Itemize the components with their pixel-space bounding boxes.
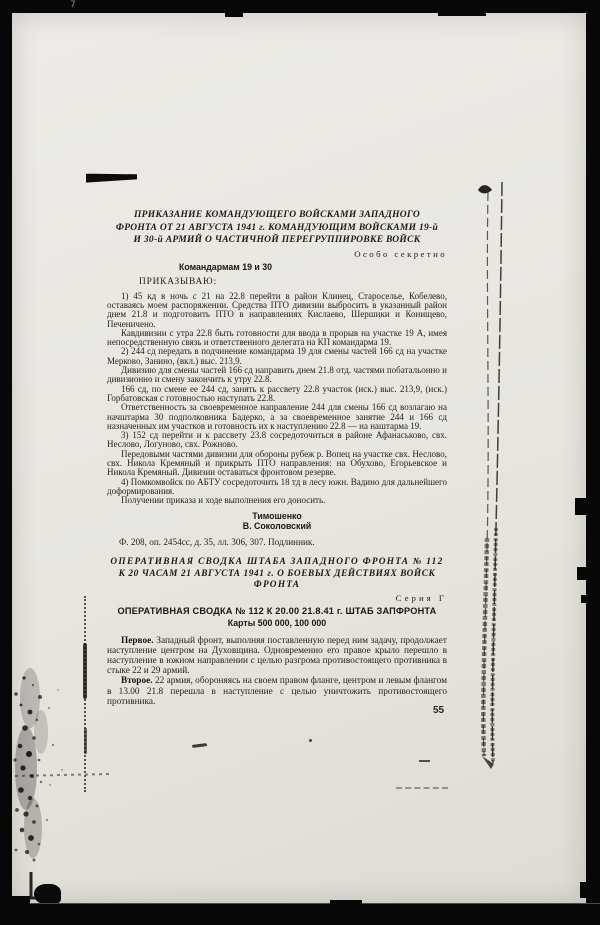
scan-edge-bottom	[0, 903, 600, 925]
speck-artifact	[419, 760, 430, 762]
order-title: ПРИКАЗАНИЕ КОМАНДУЮЩЕГО ВОЙСКАМИ ЗАПАДНО…	[107, 209, 447, 247]
signature-name: В. Соколовский	[107, 521, 447, 532]
archive-reference: Ф. 208, оп. 2454сс, д. 35, лл. 306, 307.…	[107, 538, 447, 547]
order-paragraph: Кавдивизии с утра 22.8 быть готовности д…	[107, 329, 447, 348]
fold-crease-artifact	[468, 178, 516, 773]
order-body: 1) 45 кд в ночь с 21 на 22.8 перейти в р…	[107, 292, 447, 506]
scan-edge-notch	[330, 900, 362, 904]
report-paragraph: Первое. Западный фронт, выполняя поставл…	[107, 636, 447, 677]
scan-edge-notch	[577, 567, 589, 580]
order-title-line: ПРИКАЗАНИЕ КОМАНДУЮЩЕГО ВОЙСКАМИ ЗАПАДНО…	[107, 209, 447, 222]
report-body: Первое. Западный фронт, выполняя поставл…	[107, 636, 447, 707]
scan-edge-notch	[438, 13, 486, 16]
scan-edge-notch	[575, 498, 589, 515]
scratch-blob-artifact	[83, 643, 87, 699]
scanned-document-page: ПРИКАЗАНИЕ КОМАНДУЮЩЕГО ВОЙСКАМИ ЗАПАДНО…	[0, 0, 600, 925]
directive-word: ПРИКАЗЫВАЮ:	[139, 278, 447, 287]
order-title-line: И 30-й АРМИЙ О ЧАСТИЧНОЙ ПЕРЕГРУППИРОВКЕ…	[107, 234, 447, 247]
scan-edge-left	[0, 0, 12, 925]
scan-edge-notch	[225, 13, 243, 17]
scratch-blob-artifact	[84, 728, 87, 754]
maps-line: Карты 500 000, 100 000	[107, 619, 447, 628]
paragraph-text: 22 армия, обороняясь на своем правом фла…	[107, 676, 447, 706]
report-title-line: К 20 ЧАСАМ 21 АВГУСТА 1941 г. О БОЕВЫХ Д…	[107, 569, 447, 581]
order-title-line: ФРОНТА ОТ 21 АВГУСТА 1941 г. КОМАНДУЮЩИМ…	[107, 222, 447, 235]
order-paragraph: Получении приказа и ходе выполнения его …	[107, 496, 447, 505]
paragraph-text: Западный фронт, выполняя поставленную пе…	[107, 636, 447, 677]
scan-edge-top	[0, 0, 600, 13]
paragraph-lead: Первое.	[121, 636, 154, 646]
page-number: 55	[433, 705, 444, 716]
order-paragraph: Дивизию для смены частей 166 сд направит…	[107, 366, 447, 385]
order-paragraph: 3) 152 сд перейти и к рассвету 23.8 соср…	[107, 431, 447, 450]
report-headline: ОПЕРАТИВНАЯ СВОДКА № 112 К 20.00 21.8.41…	[107, 607, 447, 616]
classification-stamp: Особо секретно	[107, 250, 447, 259]
edge-mark-glyph: 7	[70, 0, 76, 10]
order-paragraph: 166 сд, по смене ее 244 сд, занять к рас…	[107, 385, 447, 404]
speck-artifact	[309, 739, 312, 742]
page-content: ПРИКАЗАНИЕ КОМАНДУЮЩЕГО ВОЙСКАМИ ЗАПАДНО…	[107, 209, 447, 707]
order-paragraph: Ответственность за своевременное направл…	[107, 403, 447, 431]
scan-edge-notch	[580, 882, 589, 898]
ink-splatter-artifact	[6, 650, 126, 910]
signature-name: Тимошенко	[107, 511, 447, 522]
order-paragraph: 1) 45 кд в ночь с 21 на 22.8 перейти в р…	[107, 292, 447, 329]
series-label: Серия Г	[107, 594, 447, 603]
order-paragraph: 4) Помкомвойск по АБТУ сосредоточить 18 …	[107, 478, 447, 497]
report-title-line: ФРОНТА	[107, 580, 447, 592]
ink-blob-artifact	[34, 884, 61, 905]
addressee-line: Командармам 19 и 30	[179, 263, 447, 272]
signature-block: Тимошенко В. Соколовский	[107, 511, 447, 532]
order-paragraph: 2) 244 сд передать в подчинение командар…	[107, 347, 447, 366]
report-title-line: ОПЕРАТИВНАЯ СВОДКА ШТАБА ЗАПАДНОГО ФРОНТ…	[107, 557, 447, 569]
scan-edge-notch	[581, 595, 589, 603]
speck-row-artifact	[396, 787, 448, 789]
report-paragraph: Второе. 22 армия, обороняясь на своем пр…	[107, 676, 447, 707]
report-title: ОПЕРАТИВНАЯ СВОДКА ШТАБА ЗАПАДНОГО ФРОНТ…	[107, 557, 447, 592]
order-paragraph: Передовыми частями дивизии для обороны р…	[107, 450, 447, 478]
scan-edge-notch	[0, 896, 30, 906]
scan-edge-right	[586, 0, 600, 925]
